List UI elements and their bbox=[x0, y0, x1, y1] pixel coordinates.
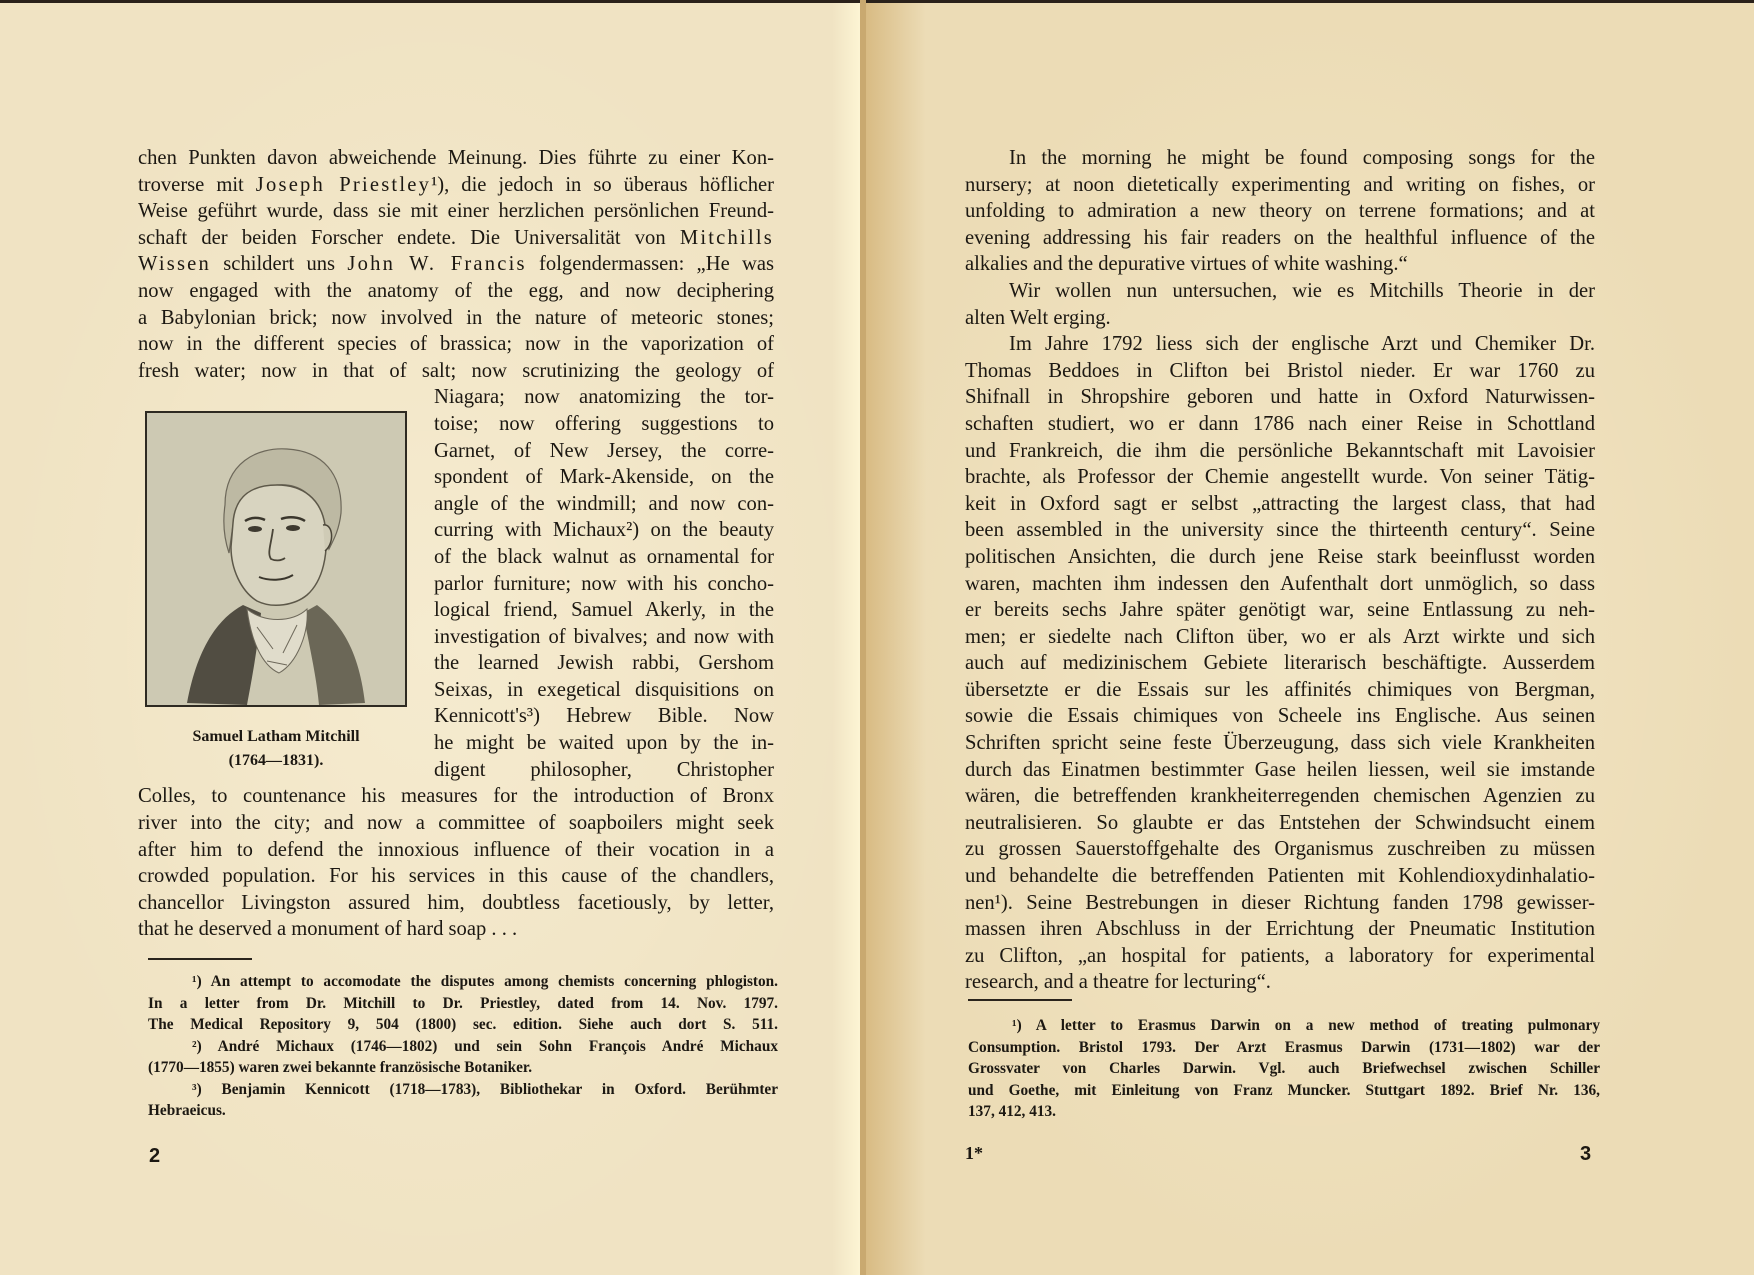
text-line: politischen Ansichten, die durch jene Re… bbox=[965, 544, 1595, 571]
text-line: wären, die betreffenden krankheiterregen… bbox=[965, 783, 1595, 810]
text-line: Niagara; now anatomizing the tor- bbox=[434, 384, 774, 411]
text-line: troverse mit Joseph Priestley¹), die jed… bbox=[138, 172, 774, 199]
gutter-shadow bbox=[832, 3, 862, 1275]
text-line: schaften studiert, wo er dann 1786 nach … bbox=[965, 411, 1595, 438]
text-line: research, and a theatre for lecturing“. bbox=[965, 969, 1595, 996]
wrapped-text-column: Niagara; now anatomizing the tor- toise;… bbox=[434, 384, 774, 783]
text-line: Garnet, of New Jersey, the corre- bbox=[434, 438, 774, 465]
text-line: crowded population. For his services in … bbox=[138, 863, 774, 890]
caption-name: Samuel Latham Mitchill bbox=[130, 725, 422, 749]
text-line: Colles, to countenance his measures for … bbox=[138, 783, 774, 810]
text-line: now in the different species of brassica… bbox=[138, 331, 774, 358]
text-line: massen ihren Abschluss in der Errichtung… bbox=[965, 916, 1595, 943]
text-line: er bereits sechs Jahre später genötigt w… bbox=[965, 597, 1595, 624]
text-line: Kennicott's³) Hebrew Bible. Now bbox=[434, 703, 774, 730]
text-line: neutralisieren. So glaubte er das Entste… bbox=[965, 810, 1595, 837]
text-line: übersetzte er die Essais sur les affinit… bbox=[965, 677, 1595, 704]
text-line: he might be waited upon by the in- bbox=[434, 730, 774, 757]
text-line: keit in Oxford sagt er selbst „attractin… bbox=[965, 491, 1595, 518]
text-line: digent philosopher, Christopher bbox=[434, 757, 774, 784]
footnote-line: ²) André Michaux (1746—1802) und sein So… bbox=[148, 1036, 778, 1058]
text-line: nen¹). Seine Bestrebungen in dieser Rich… bbox=[965, 890, 1595, 917]
text-line: sowie die Essais chimiques von Scheele i… bbox=[965, 703, 1595, 730]
text-line: chancellor Livingston assured him, doubt… bbox=[138, 890, 774, 917]
text-line: und behandelte die betreffenden Patiente… bbox=[965, 863, 1595, 890]
text-line: logical friend, Samuel Akerly, in the bbox=[434, 597, 774, 624]
left-footnotes: ¹) An attempt to accomodate the disputes… bbox=[148, 971, 778, 1122]
text-line: durch das Einatmen bestimmter Gase heile… bbox=[965, 757, 1595, 784]
book-spread: chen Punkten davon abweichende Meinung. … bbox=[0, 0, 1754, 1275]
footnote-line: 137, 412, 413. bbox=[968, 1101, 1600, 1123]
spaced-name: John W. Francis bbox=[347, 253, 526, 275]
text-line: angle of the windmill; and now con- bbox=[434, 491, 774, 518]
text-line: Seixas, in exegetical disquisitions on bbox=[434, 677, 774, 704]
text-line: men; er siedelte nach Clifton über, wo e… bbox=[965, 624, 1595, 651]
spaced-name: Joseph Priestley bbox=[256, 174, 431, 196]
text-line: of the black walnut as ornamental for bbox=[434, 544, 774, 571]
text-line: Weise geführt wurde, dass sie mit einer … bbox=[138, 198, 774, 225]
text-line: toise; now offering suggestions to bbox=[434, 411, 774, 438]
spaced-name: Wissen bbox=[138, 253, 211, 275]
text-line: Schriften spricht seine feste Überzeugun… bbox=[965, 730, 1595, 757]
right-body-text: In the morning he might be found composi… bbox=[965, 145, 1595, 996]
text-line: alkalies and the depurative virtues of w… bbox=[965, 251, 1595, 278]
footnote-line: und Goethe, mit Einleitung von Franz Mun… bbox=[968, 1080, 1600, 1102]
text-line: that he deserved a monument of hard soap… bbox=[138, 916, 774, 943]
footnote-line: Consumption. Bristol 1793. Der Arzt Eras… bbox=[968, 1037, 1600, 1059]
text-line: Wir wollen nun untersuchen, wie es Mitch… bbox=[965, 278, 1595, 305]
text-line: parlor furniture; now with his concho- bbox=[434, 571, 774, 598]
footnote-line: ¹) An attempt to accomodate the disputes… bbox=[148, 971, 778, 993]
footnote-line: Hebraeicus. bbox=[148, 1100, 778, 1122]
caption-dates: (1764—1831). bbox=[130, 749, 422, 773]
signature-mark: 1* bbox=[965, 1143, 983, 1164]
text-line: chen Punkten davon abweichende Meinung. … bbox=[138, 145, 774, 172]
text-line: investigation of bivalves; and now with bbox=[434, 624, 774, 651]
text-line: a Babylonian brick; now involved in the … bbox=[138, 305, 774, 332]
text-line: Thomas Beddoes in Clifton bei Bristol ni… bbox=[965, 358, 1595, 385]
text-line: Wissen schildert uns John W. Francis fol… bbox=[138, 251, 774, 278]
text-line: schaft der beiden Forscher endete. Die U… bbox=[138, 225, 774, 252]
text-line: Shifnall in Shropshire geboren und hatte… bbox=[965, 384, 1595, 411]
left-page: chen Punkten davon abweichende Meinung. … bbox=[0, 3, 862, 1275]
text-line: zu Clifton, „an hospital for patients, a… bbox=[965, 943, 1595, 970]
text-line: now engaged with the anatomy of the egg,… bbox=[138, 278, 774, 305]
text-line: nursery; at noon dietetically experiment… bbox=[965, 172, 1595, 199]
footnote-rule bbox=[968, 999, 1072, 1001]
page-number: 3 bbox=[1580, 1143, 1591, 1166]
text-line: spondent of Mark-Akenside, on the bbox=[434, 464, 774, 491]
right-footnotes: ¹) A letter to Erasmus Darwin on a new m… bbox=[968, 1015, 1600, 1123]
text-line: evening addressing his fair readers on t… bbox=[965, 225, 1595, 252]
text-line: alten Welt erging. bbox=[965, 305, 1595, 332]
footnote-line: ³) Benjamin Kennicott (1718—1783), Bibli… bbox=[148, 1079, 778, 1101]
right-page: In the morning he might be found composi… bbox=[866, 3, 1754, 1275]
footnote-rule bbox=[148, 958, 252, 960]
text-line: the learned Jewish rabbi, Gershom bbox=[434, 650, 774, 677]
text-line: unfolding to admiration a new theory on … bbox=[965, 198, 1595, 225]
text-line: und Frankreich, die ihm die persönliche … bbox=[965, 438, 1595, 465]
footnote-line: ¹) A letter to Erasmus Darwin on a new m… bbox=[968, 1015, 1600, 1037]
portrait-caption: Samuel Latham Mitchill (1764—1831). bbox=[130, 725, 422, 773]
gutter-shadow bbox=[866, 3, 926, 1275]
footnote-line: The Medical Repository 9, 504 (1800) sec… bbox=[148, 1014, 778, 1036]
footnote-line: Grossvater von Charles Darwin. Vgl. auch… bbox=[968, 1058, 1600, 1080]
page-number: 2 bbox=[149, 1145, 160, 1168]
text-line: brachte, als Professor der Chemie angest… bbox=[965, 464, 1595, 491]
portrait-figure bbox=[145, 411, 407, 707]
footnote-line: (1770—1855) waren zwei bekannte französi… bbox=[148, 1057, 778, 1079]
text-line: river into the city; and now a committee… bbox=[138, 810, 774, 837]
portrait-engraving-icon bbox=[147, 413, 405, 705]
text-line: In the morning he might be found composi… bbox=[965, 145, 1595, 172]
text-line: fresh water; now in that of salt; now sc… bbox=[138, 358, 774, 385]
footnote-line: In a letter from Dr. Mitchill to Dr. Pri… bbox=[148, 993, 778, 1015]
text-line: Im Jahre 1792 liess sich der englische A… bbox=[965, 331, 1595, 358]
text-line: waren, machten ihm indessen den Aufentha… bbox=[965, 571, 1595, 598]
text-line: after him to defend the innoxious influe… bbox=[138, 837, 774, 864]
text-line: zu grossen Sauerstoffgehalte des Organis… bbox=[965, 836, 1595, 863]
text-line: curring with Michaux²) on the beauty bbox=[434, 517, 774, 544]
text-line: been assembled in the university since t… bbox=[965, 517, 1595, 544]
spaced-name: Mitchills bbox=[680, 227, 774, 249]
text-line: auch auf medizinischem Gebiete literaris… bbox=[965, 650, 1595, 677]
